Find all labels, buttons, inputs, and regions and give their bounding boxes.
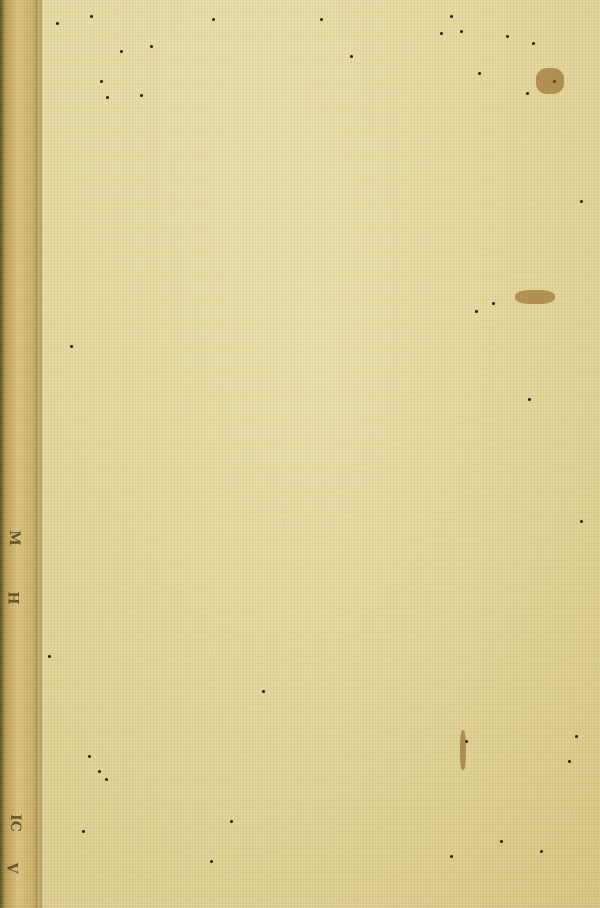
- book: M H IC V: [0, 0, 600, 908]
- speck-mark: [70, 345, 73, 348]
- speck-mark: [230, 820, 233, 823]
- speck-mark: [90, 15, 93, 18]
- speck-mark: [528, 398, 531, 401]
- speck-mark: [506, 35, 509, 38]
- speck-mark: [580, 520, 583, 523]
- speck-mark: [48, 655, 51, 658]
- speck-mark: [56, 22, 59, 25]
- speck-mark: [210, 860, 213, 863]
- speck-mark: [492, 302, 495, 305]
- speck-mark: [212, 18, 215, 21]
- stain-mark: [460, 730, 466, 770]
- stain-mark: [515, 290, 555, 304]
- speck-mark: [580, 200, 583, 203]
- speck-mark: [88, 755, 91, 758]
- speck-mark: [478, 72, 481, 75]
- speck-mark: [460, 30, 463, 33]
- speck-mark: [140, 94, 143, 97]
- spine-letter: M: [6, 530, 22, 546]
- speck-mark: [475, 310, 478, 313]
- speck-mark: [540, 850, 543, 853]
- speck-mark: [100, 80, 103, 83]
- speck-mark: [568, 760, 571, 763]
- spine-letter: H: [5, 591, 21, 604]
- speck-mark: [575, 735, 578, 738]
- speck-mark: [106, 96, 109, 99]
- speck-mark: [450, 855, 453, 858]
- front-cover: [42, 0, 600, 908]
- spine-letter: V: [3, 863, 19, 874]
- spine-letter: IC: [7, 814, 23, 832]
- speck-mark: [526, 92, 529, 95]
- speck-mark: [320, 18, 323, 21]
- speck-mark: [82, 830, 85, 833]
- stain-mark: [536, 68, 564, 94]
- speck-mark: [350, 55, 353, 58]
- speck-mark: [105, 778, 108, 781]
- speck-mark: [532, 42, 535, 45]
- speck-mark: [500, 840, 503, 843]
- speck-mark: [262, 690, 265, 693]
- speck-mark: [150, 45, 153, 48]
- speck-mark: [120, 50, 123, 53]
- speck-mark: [98, 770, 101, 773]
- speck-mark: [450, 15, 453, 18]
- speck-mark: [440, 32, 443, 35]
